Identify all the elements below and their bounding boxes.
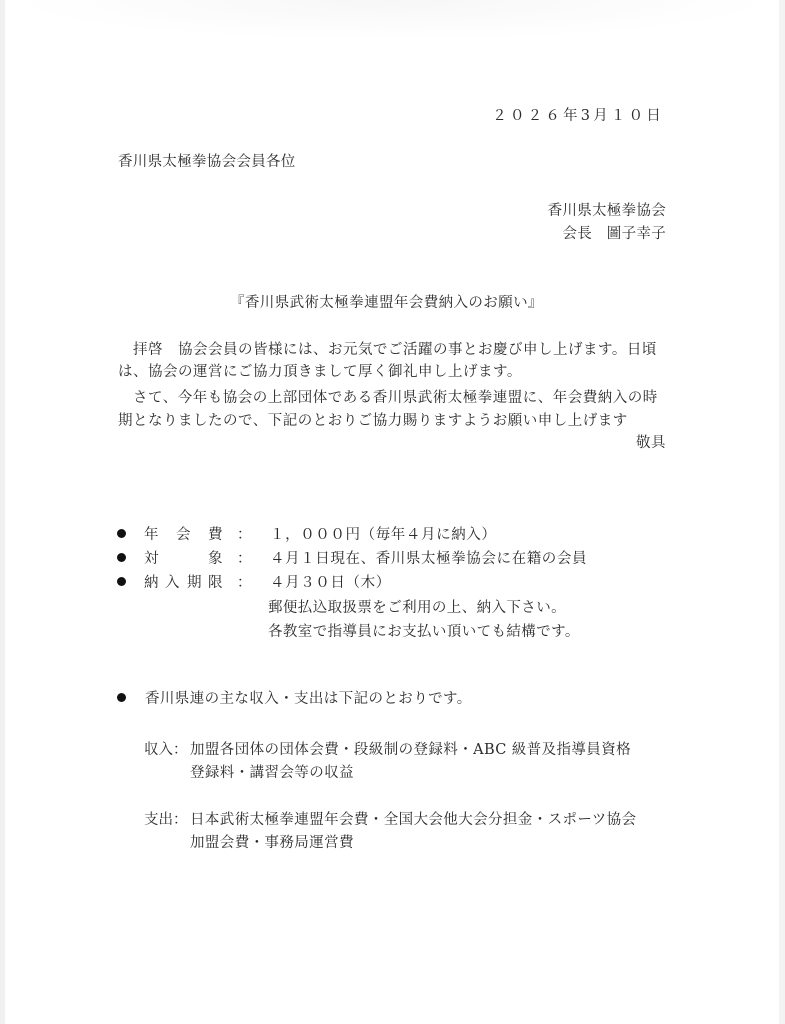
body-line: は、協会の運営にご協力頂きまして厚く御礼申し上げます。 — [118, 360, 522, 381]
sender-organization: 香川県太極拳協会 — [548, 199, 666, 220]
bullet-icon — [117, 693, 126, 702]
income-line: 登録料・講習会等の収益 — [190, 761, 354, 782]
bullet-icon — [117, 577, 126, 586]
sender-name: 会長 圖子幸子 — [562, 222, 666, 243]
detail-colon: ： — [237, 571, 252, 592]
detail-value-eligibility: ４月１日現在、香川県太極拳協会に在籍の会員 — [270, 547, 587, 568]
expense-line: 日本武術太極拳連盟年会費・全国大会他大会分担金・スポーツ協会 — [190, 808, 636, 829]
payment-note: 各教室で指導員にお支払い頂いても結構です。 — [268, 620, 580, 641]
body-line: さて、今年も協会の上部団体である香川県武術太極拳連盟に、年会費納入の時 — [118, 386, 658, 407]
body-line: 拝啓 協会会員の皆様には、お元気でご活躍の事とお慶び申し上げます。日頃 — [118, 338, 657, 359]
closing: 敬具 — [636, 431, 666, 452]
finance-intro: 香川県連の主な収入・支出は下記のとおりです。 — [145, 687, 472, 708]
document-page: ２０２６年3月１０日 香川県太極拳協会会員各位 香川県太極拳協会 会長 圖子幸子… — [0, 0, 785, 1024]
detail-label-char: 費 — [208, 523, 223, 544]
body-line: 期となりましたので、下記のとおりご協力賜りますようお願い申し上げます — [118, 409, 628, 430]
detail-value-deadline: ４月３０日（木） — [270, 571, 391, 592]
detail-label-char: 納 — [144, 571, 159, 592]
letter-title: 『香川県武術太極拳連盟年会費納入のお願い』 — [230, 291, 543, 312]
payment-note: 郵便払込取扱票をご利用の上、納入下さい。 — [268, 596, 566, 617]
detail-label-char: 対 — [144, 547, 159, 568]
detail-label-char: 会 — [176, 523, 191, 544]
detail-label-char: 限 — [208, 571, 223, 592]
addressee: 香川県太極拳協会会員各位 — [118, 150, 296, 171]
income-line: 加盟各団体の団体会費・段級制の登録料・ABC 級普及指導員資格 — [190, 738, 631, 759]
detail-value-annual-fee: １，０００円（毎年４月に納入） — [270, 523, 497, 544]
detail-colon: ： — [237, 547, 252, 568]
bullet-icon — [117, 553, 126, 562]
detail-label-char: 期 — [187, 571, 202, 592]
detail-label-char: 年 — [144, 523, 159, 544]
income-label: 収入： — [144, 738, 188, 759]
expense-line: 加盟会費・事務局運営費 — [190, 831, 354, 852]
letter-date: ２０２６年3月１０日 — [492, 104, 664, 125]
detail-colon: ： — [237, 523, 252, 544]
detail-label-char: 入 — [165, 571, 180, 592]
bullet-icon — [117, 529, 126, 538]
detail-label-char: 象 — [208, 547, 223, 568]
expense-label: 支出： — [144, 808, 188, 829]
